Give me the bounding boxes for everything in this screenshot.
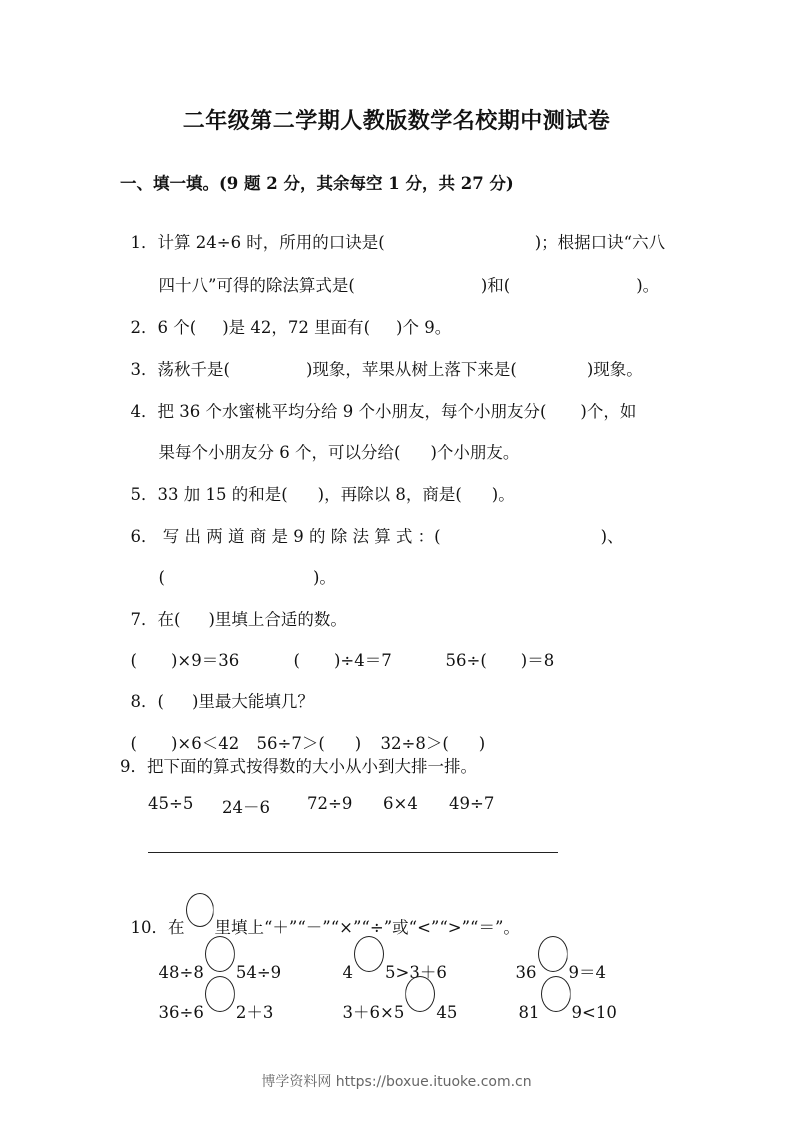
q7-item-2-a: ( xyxy=(294,651,300,670)
question-1-line-1: 1．计算 24÷6 时，所用的口诀是()；根据口诀“六八 xyxy=(120,210,665,253)
question-6-line-1: 6． 写 出 两 道 商 是 9 的 除 法 算 式 ：()、 xyxy=(120,504,624,547)
q7-item-2-b: )÷4＝7 xyxy=(334,651,392,670)
q1-text-a: 1．计算 24÷6 时，所用的口诀是( xyxy=(131,233,385,252)
q2-text-a: 2．6 个( xyxy=(131,318,197,337)
q9-expr-1: 45÷5 xyxy=(148,794,193,813)
question-4-line-1: 4．把 36 个水蜜桃平均分给 9 个小朋友，每个小朋友分()个，如 xyxy=(120,379,636,422)
q10-item-6-left: 81 xyxy=(519,1003,540,1022)
q9-expr-4: 6×4 xyxy=(383,794,418,813)
question-4-line-2: 果每个小朋友分 6 个，可以分给()个小朋友。 xyxy=(148,420,519,463)
q4-text-c: 果每个小朋友分 6 个，可以分给( xyxy=(159,443,401,462)
q4-text-a: 4．把 36 个水蜜桃平均分给 9 个小朋友，每个小朋友分( xyxy=(131,402,547,421)
page-title: 二年级第二学期人教版数学名校期中测试卷 xyxy=(0,104,793,135)
q7-item-1-b: )×9＝36 xyxy=(171,651,239,670)
q9-expr-5: 49÷7 xyxy=(449,794,494,813)
question-7-prompt: 7．在()里填上合适的数。 xyxy=(120,587,347,630)
q4-text-d: )个小朋友。 xyxy=(430,443,519,462)
q7-text-a: 7．在( xyxy=(131,610,181,629)
q9-answer-line[interactable] xyxy=(148,852,558,853)
q1-text-d: )和( xyxy=(481,276,510,295)
q7-item-3-a: 56÷( xyxy=(446,651,487,670)
q10-item-6: 819<10 xyxy=(508,967,617,1022)
q8-text-b: )里最大能填几？ xyxy=(192,692,314,711)
q7-item-1-a: ( xyxy=(131,651,137,670)
q4-text-b: )个，如 xyxy=(580,402,636,421)
q7-item-2: ()÷4＝7 xyxy=(283,628,392,671)
question-6-line-2: ()。 xyxy=(148,545,336,588)
question-1-line-2: 四十八”可得的除法算式是()和()。 xyxy=(148,253,659,296)
q1-text-b: )；根据口诀“六八 xyxy=(535,233,665,252)
q8-item-1-a: ( xyxy=(131,734,137,753)
q3-text-a: 3．荡秋千是( xyxy=(131,360,230,379)
q1-text-e: )。 xyxy=(636,276,659,295)
q10-item-5: 3＋6×545 xyxy=(332,967,457,1023)
circle-icon xyxy=(186,893,214,927)
question-8-prompt: 8．()里最大能填几？ xyxy=(120,669,314,712)
q8-item-3-b: ) xyxy=(479,734,485,753)
q10-circle-blank-6[interactable] xyxy=(541,976,571,1012)
section-heading: 一、填一填。(9 题 2 分，其余每空 1 分，共 27 分) xyxy=(120,170,514,194)
q8-item-2: 56÷7＞() xyxy=(246,711,361,754)
question-3: 3．荡秋千是()现象，苹果从树上落下来是()现象。 xyxy=(120,337,643,380)
q6-text-b: )、 xyxy=(601,527,624,546)
q8-item-1: ()×6＜42 xyxy=(120,711,239,754)
q6-text-d: )。 xyxy=(313,568,336,587)
q10-item-6-right: 9<10 xyxy=(572,1003,617,1022)
q2-text-b: )是 42，72 里面有( xyxy=(222,318,370,337)
q6-text-c: ( xyxy=(159,568,165,587)
question-9-prompt: 9．把下面的算式按得数的大小从小到大排一排。 xyxy=(120,753,477,777)
q10-item-4: 36÷62＋3 xyxy=(148,967,273,1023)
q8-item-2-b: ) xyxy=(355,734,361,753)
q9-expr-2: 24－6 xyxy=(222,794,270,818)
question-2: 2．6 个()是 42，72 里面有()个 9。 xyxy=(120,295,451,338)
q3-text-c: )现象。 xyxy=(587,360,643,379)
q10-item-4-left: 36÷6 xyxy=(159,1003,204,1022)
q8-item-3: 32÷8＞() xyxy=(370,711,485,754)
q7-text-b: )里填上合适的数。 xyxy=(208,610,346,629)
q8-item-1-b: )×6＜42 xyxy=(171,734,239,753)
question-5: 5．33 加 15 的和是()，再除以 8，商是()。 xyxy=(120,462,515,505)
q7-item-3: 56÷()＝8 xyxy=(435,628,554,671)
q10-item-5-left: 3＋6×5 xyxy=(343,1003,405,1022)
q1-text-c: 四十八”可得的除法算式是( xyxy=(159,276,355,295)
q9-expr-3: 72÷9 xyxy=(307,794,352,813)
q8-item-2-a: 56÷7＞( xyxy=(257,734,325,753)
q8-text-a: 8．( xyxy=(131,692,164,711)
footer-watermark: 博学资料网 https://boxue.ituoke.com.cn xyxy=(0,1071,793,1091)
q10-item-5-right: 45 xyxy=(436,1003,457,1022)
q5-text-b: )，再除以 8，商是( xyxy=(318,485,462,504)
q5-text-c: )。 xyxy=(492,485,515,504)
q10-circle-blank-5[interactable] xyxy=(405,976,435,1012)
q3-text-b: )现象，苹果从树上落下来是( xyxy=(306,360,517,379)
q7-item-1: ()×9＝36 xyxy=(120,628,239,671)
q7-item-3-b: )＝8 xyxy=(521,651,554,670)
q2-text-c: )个 9。 xyxy=(396,318,451,337)
q6-text-a: 6． 写 出 两 道 商 是 9 的 除 法 算 式 ：( xyxy=(131,527,441,546)
q5-text-a: 5．33 加 15 的和是( xyxy=(131,485,288,504)
q10-circle-blank-4[interactable] xyxy=(205,976,235,1012)
q8-item-3-a: 32÷8＞( xyxy=(381,734,449,753)
q10-item-4-right: 2＋3 xyxy=(236,1003,274,1022)
